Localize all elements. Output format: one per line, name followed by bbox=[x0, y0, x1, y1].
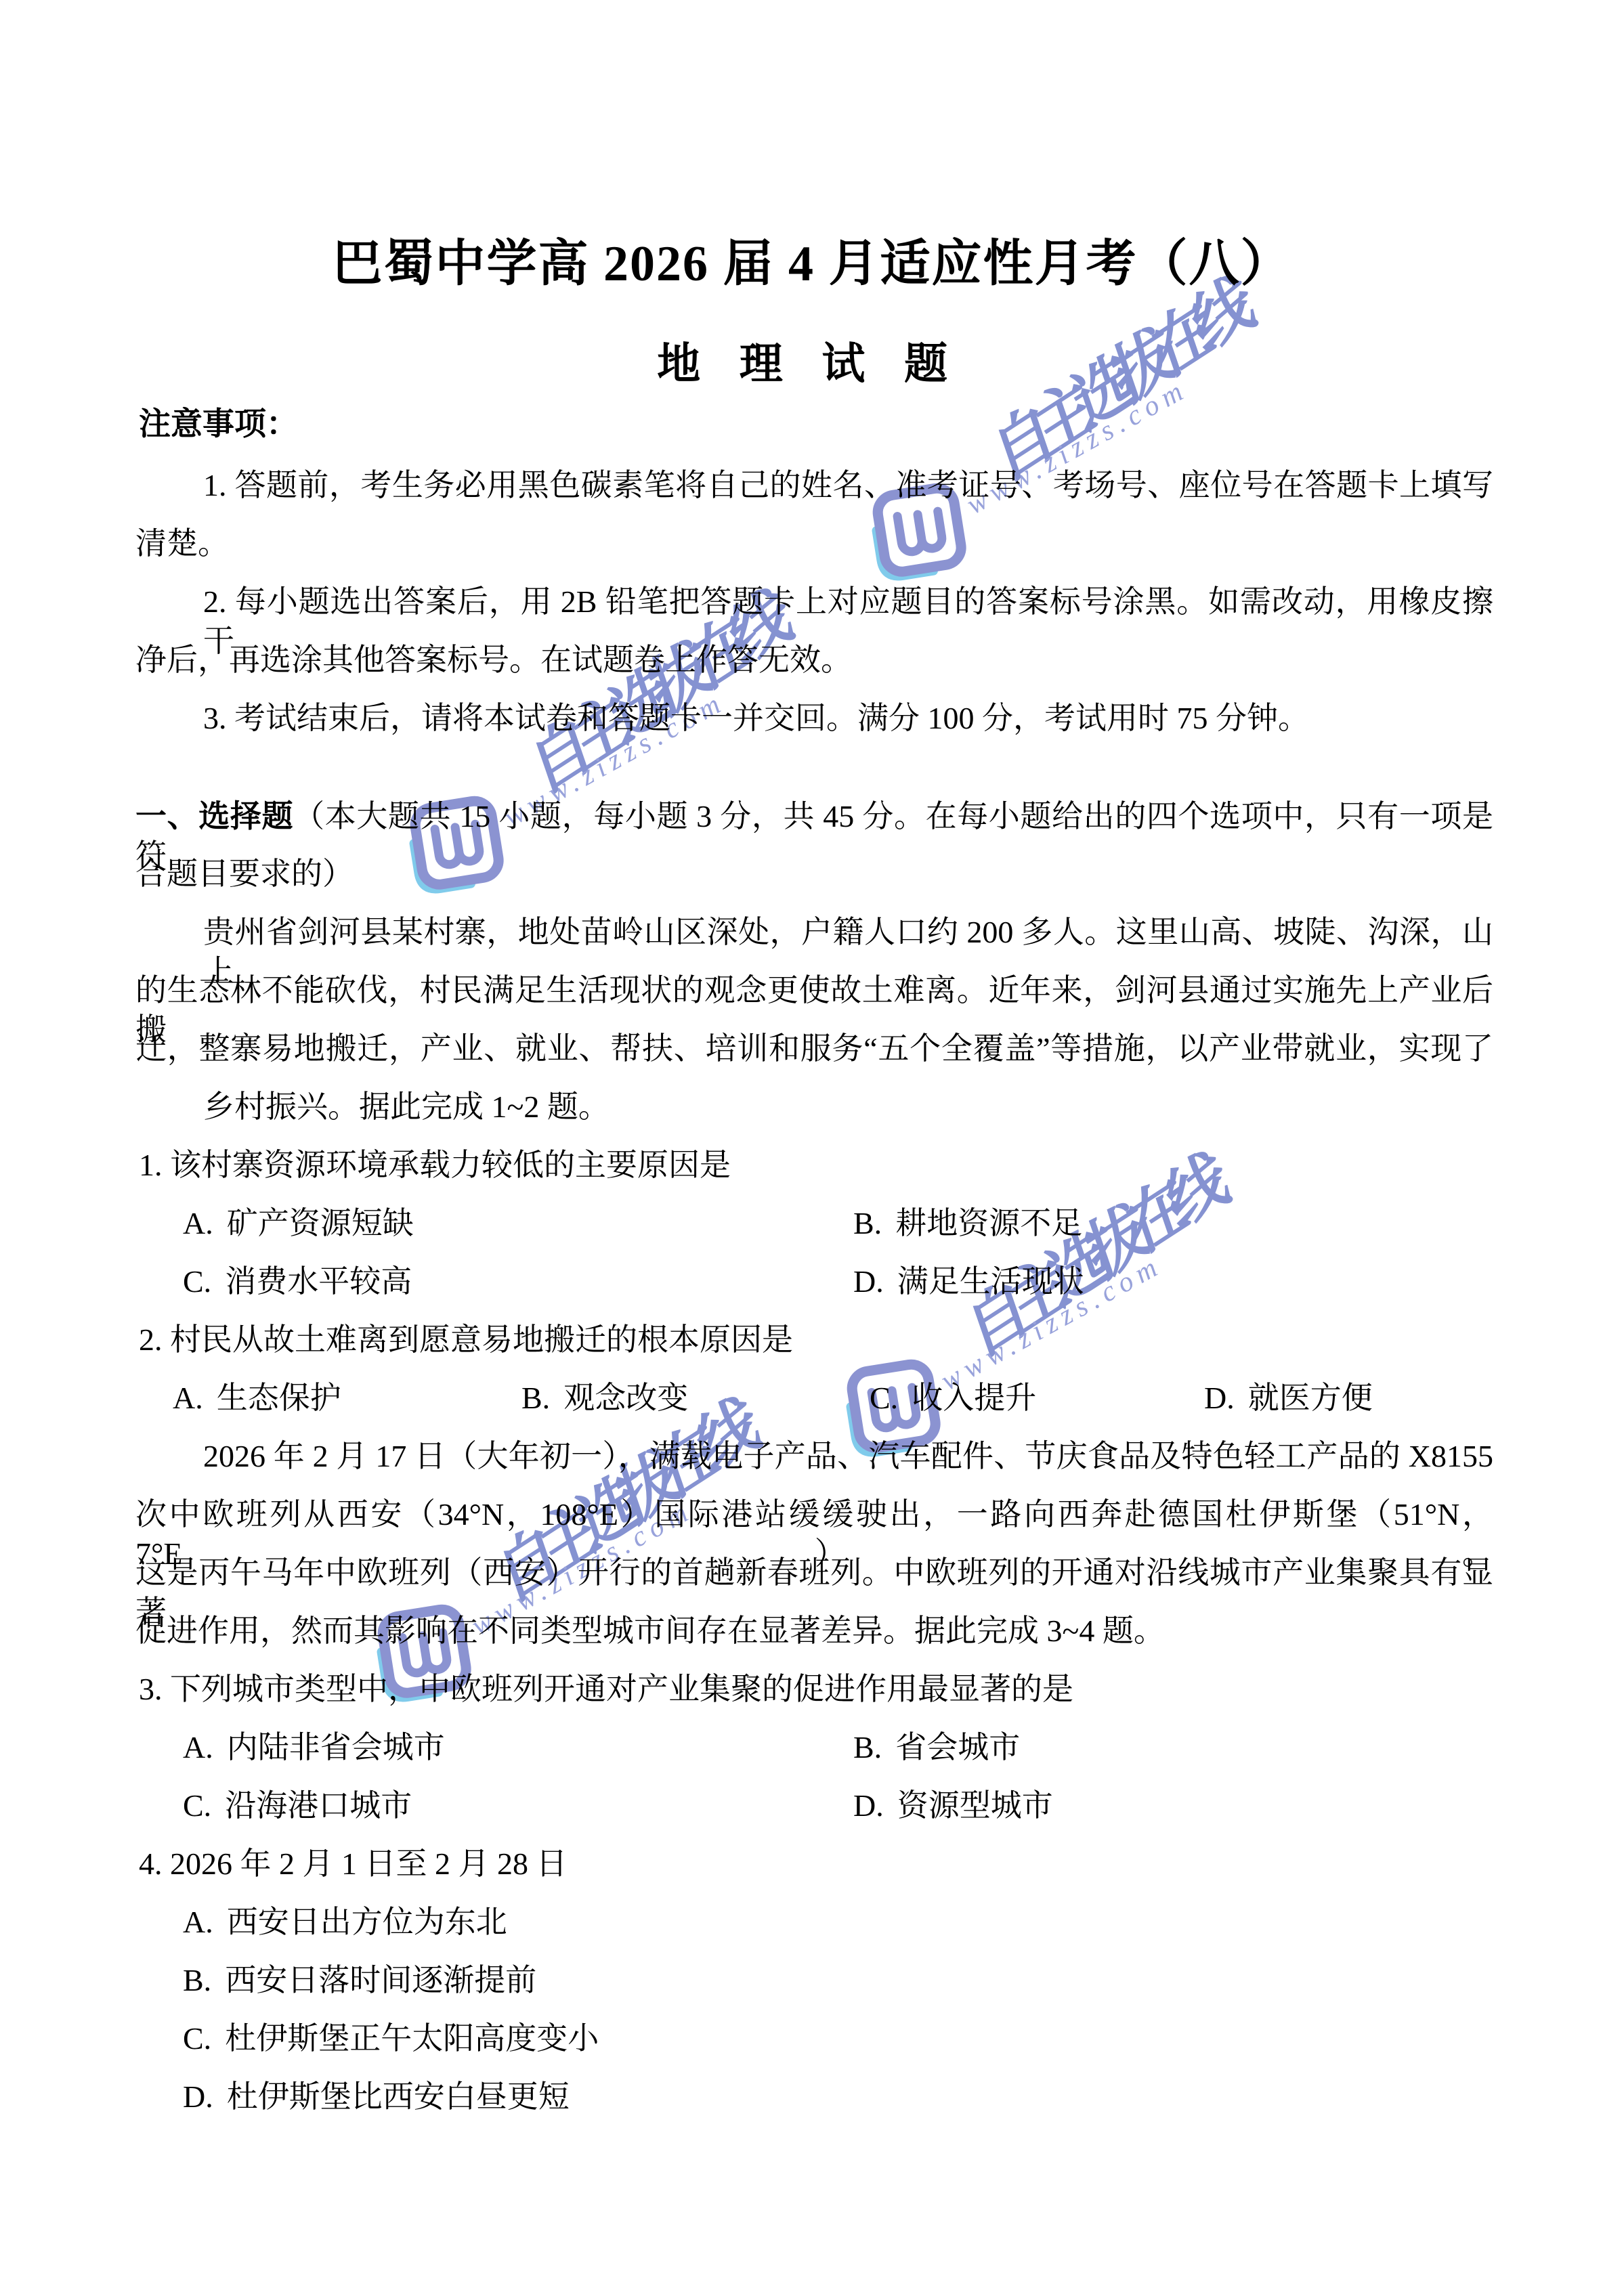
option-text: 生态保护 bbox=[217, 1381, 341, 1415]
notice-line: 3. 考试结束后，请将本试卷和答题卡一并交回。满分 100 分，考试用时 75 … bbox=[203, 699, 1309, 738]
option-text: 矿产资源短缺 bbox=[227, 1206, 414, 1240]
notice-line: 1. 答题前，考生务必用黑色碳素笔将自己的姓名、准考证号、考场号、座位号在答题卡… bbox=[203, 466, 1493, 505]
option-text: 就医方便 bbox=[1248, 1381, 1373, 1415]
watermark-brand-text: 自主选拔在线 bbox=[939, 1142, 1228, 1374]
subject-title: 地理试题 bbox=[637, 329, 986, 391]
question-1-option-a: A.矿产资源短缺 bbox=[183, 1204, 414, 1243]
option-label: B. bbox=[521, 1379, 550, 1418]
option-text: 西安日落时间逐渐提前 bbox=[225, 1963, 536, 1997]
option-text: 耕地资源不足 bbox=[895, 1206, 1082, 1240]
option-label: B. bbox=[183, 1961, 211, 2000]
notice-line: 清楚。 bbox=[135, 524, 229, 563]
option-label: D. bbox=[183, 2077, 213, 2117]
option-text: 杜伊斯堡比西安白昼更短 bbox=[227, 2079, 570, 2114]
option-label: C. bbox=[183, 2019, 211, 2058]
option-label: A. bbox=[183, 1204, 213, 1243]
notice-line: 净后，再选涂其他答案标号。在试题卷上作答无效。 bbox=[135, 641, 852, 680]
option-label: D. bbox=[853, 1786, 884, 1825]
option-text: 资源型城市 bbox=[897, 1788, 1053, 1823]
question-1-option-b: B.耕地资源不足 bbox=[853, 1204, 1082, 1243]
question-3-option-a: A.内陆非省会城市 bbox=[183, 1728, 445, 1767]
section-heading-line2: 合题目要求的） bbox=[135, 854, 354, 894]
question-2-option-b: B.观念改变 bbox=[521, 1379, 688, 1418]
option-label: A. bbox=[183, 1728, 213, 1767]
question-3-option-d: D.资源型城市 bbox=[853, 1786, 1053, 1825]
question-4-option-b: B.西安日落时间逐渐提前 bbox=[183, 1961, 536, 2000]
option-label: A. bbox=[173, 1379, 203, 1418]
option-text: 内陆非省会城市 bbox=[227, 1730, 445, 1764]
option-label: A. bbox=[183, 1903, 213, 1942]
question-2-option-a: A.生态保护 bbox=[173, 1379, 341, 1418]
option-text: 杜伊斯堡正午太阳高度变小 bbox=[225, 2021, 599, 2056]
question-3-option-c: C.沿海港口城市 bbox=[183, 1786, 412, 1825]
passage1-line: 乡村振兴。据此完成 1~2 题。 bbox=[203, 1087, 610, 1127]
option-text: 满足生活现状 bbox=[897, 1264, 1084, 1299]
option-label: B. bbox=[853, 1728, 882, 1767]
option-text: 收入提升 bbox=[912, 1381, 1036, 1415]
question-4-option-c: C.杜伊斯堡正午太阳高度变小 bbox=[183, 2019, 599, 2058]
option-label: C. bbox=[183, 1262, 211, 1301]
question-1-option-d: D.满足生活现状 bbox=[853, 1262, 1084, 1301]
question-4-stem: 4. 2026 年 2 月 1 日至 2 月 28 日 bbox=[139, 1844, 568, 1884]
option-text: 沿海港口城市 bbox=[225, 1788, 412, 1823]
option-text: 消费水平较高 bbox=[225, 1264, 412, 1299]
question-1-option-c: C.消费水平较高 bbox=[183, 1262, 412, 1301]
passage2-line: 促进作用，然而其影响在不同类型城市间存在显著差异。据此完成 3~4 题。 bbox=[135, 1611, 1165, 1651]
option-label: B. bbox=[853, 1204, 882, 1243]
question-2-option-c: C.收入提升 bbox=[870, 1379, 1036, 1418]
exam-title: 巴蜀中学高 2026 届 4 月适应性月考（八） bbox=[333, 223, 1292, 295]
notice-heading: 注意事项： bbox=[139, 404, 298, 443]
question-4-option-a: A.西安日出方位为东北 bbox=[183, 1903, 507, 1942]
section-heading-bold: 一、选择题 bbox=[135, 798, 293, 833]
question-3-stem: 3. 下列城市类型中，中欧班列开通对产业集聚的促进作用最显著的是 bbox=[139, 1670, 1073, 1709]
option-label: D. bbox=[1204, 1379, 1235, 1418]
question-3-option-b: B.省会城市 bbox=[853, 1728, 1020, 1767]
exam-paper-page: 自主选拔在线 www.zizzs.com 自主选拔在线 www.zizzs.co… bbox=[0, 0, 1624, 2296]
option-label: D. bbox=[853, 1262, 884, 1301]
option-text: 省会城市 bbox=[895, 1730, 1020, 1764]
question-4-option-d: D.杜伊斯堡比西安白昼更短 bbox=[183, 2077, 570, 2117]
option-label: C. bbox=[183, 1786, 211, 1825]
passage2-line: 2026 年 2 月 17 日（大年初一），满载电子产品、汽车配件、节庆食品及特… bbox=[203, 1437, 1493, 1476]
passage1-line: 迁，整寨易地搬迁，产业、就业、帮扶、培训和服务“五个全覆盖”等措施，以产业带就业… bbox=[135, 1029, 1493, 1068]
question-2-stem: 2. 村民从故土难离到愿意易地搬迁的根本原因是 bbox=[139, 1320, 793, 1360]
option-text: 西安日出方位为东北 bbox=[227, 1905, 507, 1939]
question-1-stem: 1. 该村寨资源环境承载力较低的主要原因是 bbox=[139, 1146, 731, 1185]
question-2-option-d: D.就医方便 bbox=[1204, 1379, 1373, 1418]
option-label: C. bbox=[870, 1379, 898, 1418]
option-text: 观念改变 bbox=[563, 1381, 688, 1415]
watermark-brand-text: 自主选拔在线 bbox=[964, 265, 1254, 498]
